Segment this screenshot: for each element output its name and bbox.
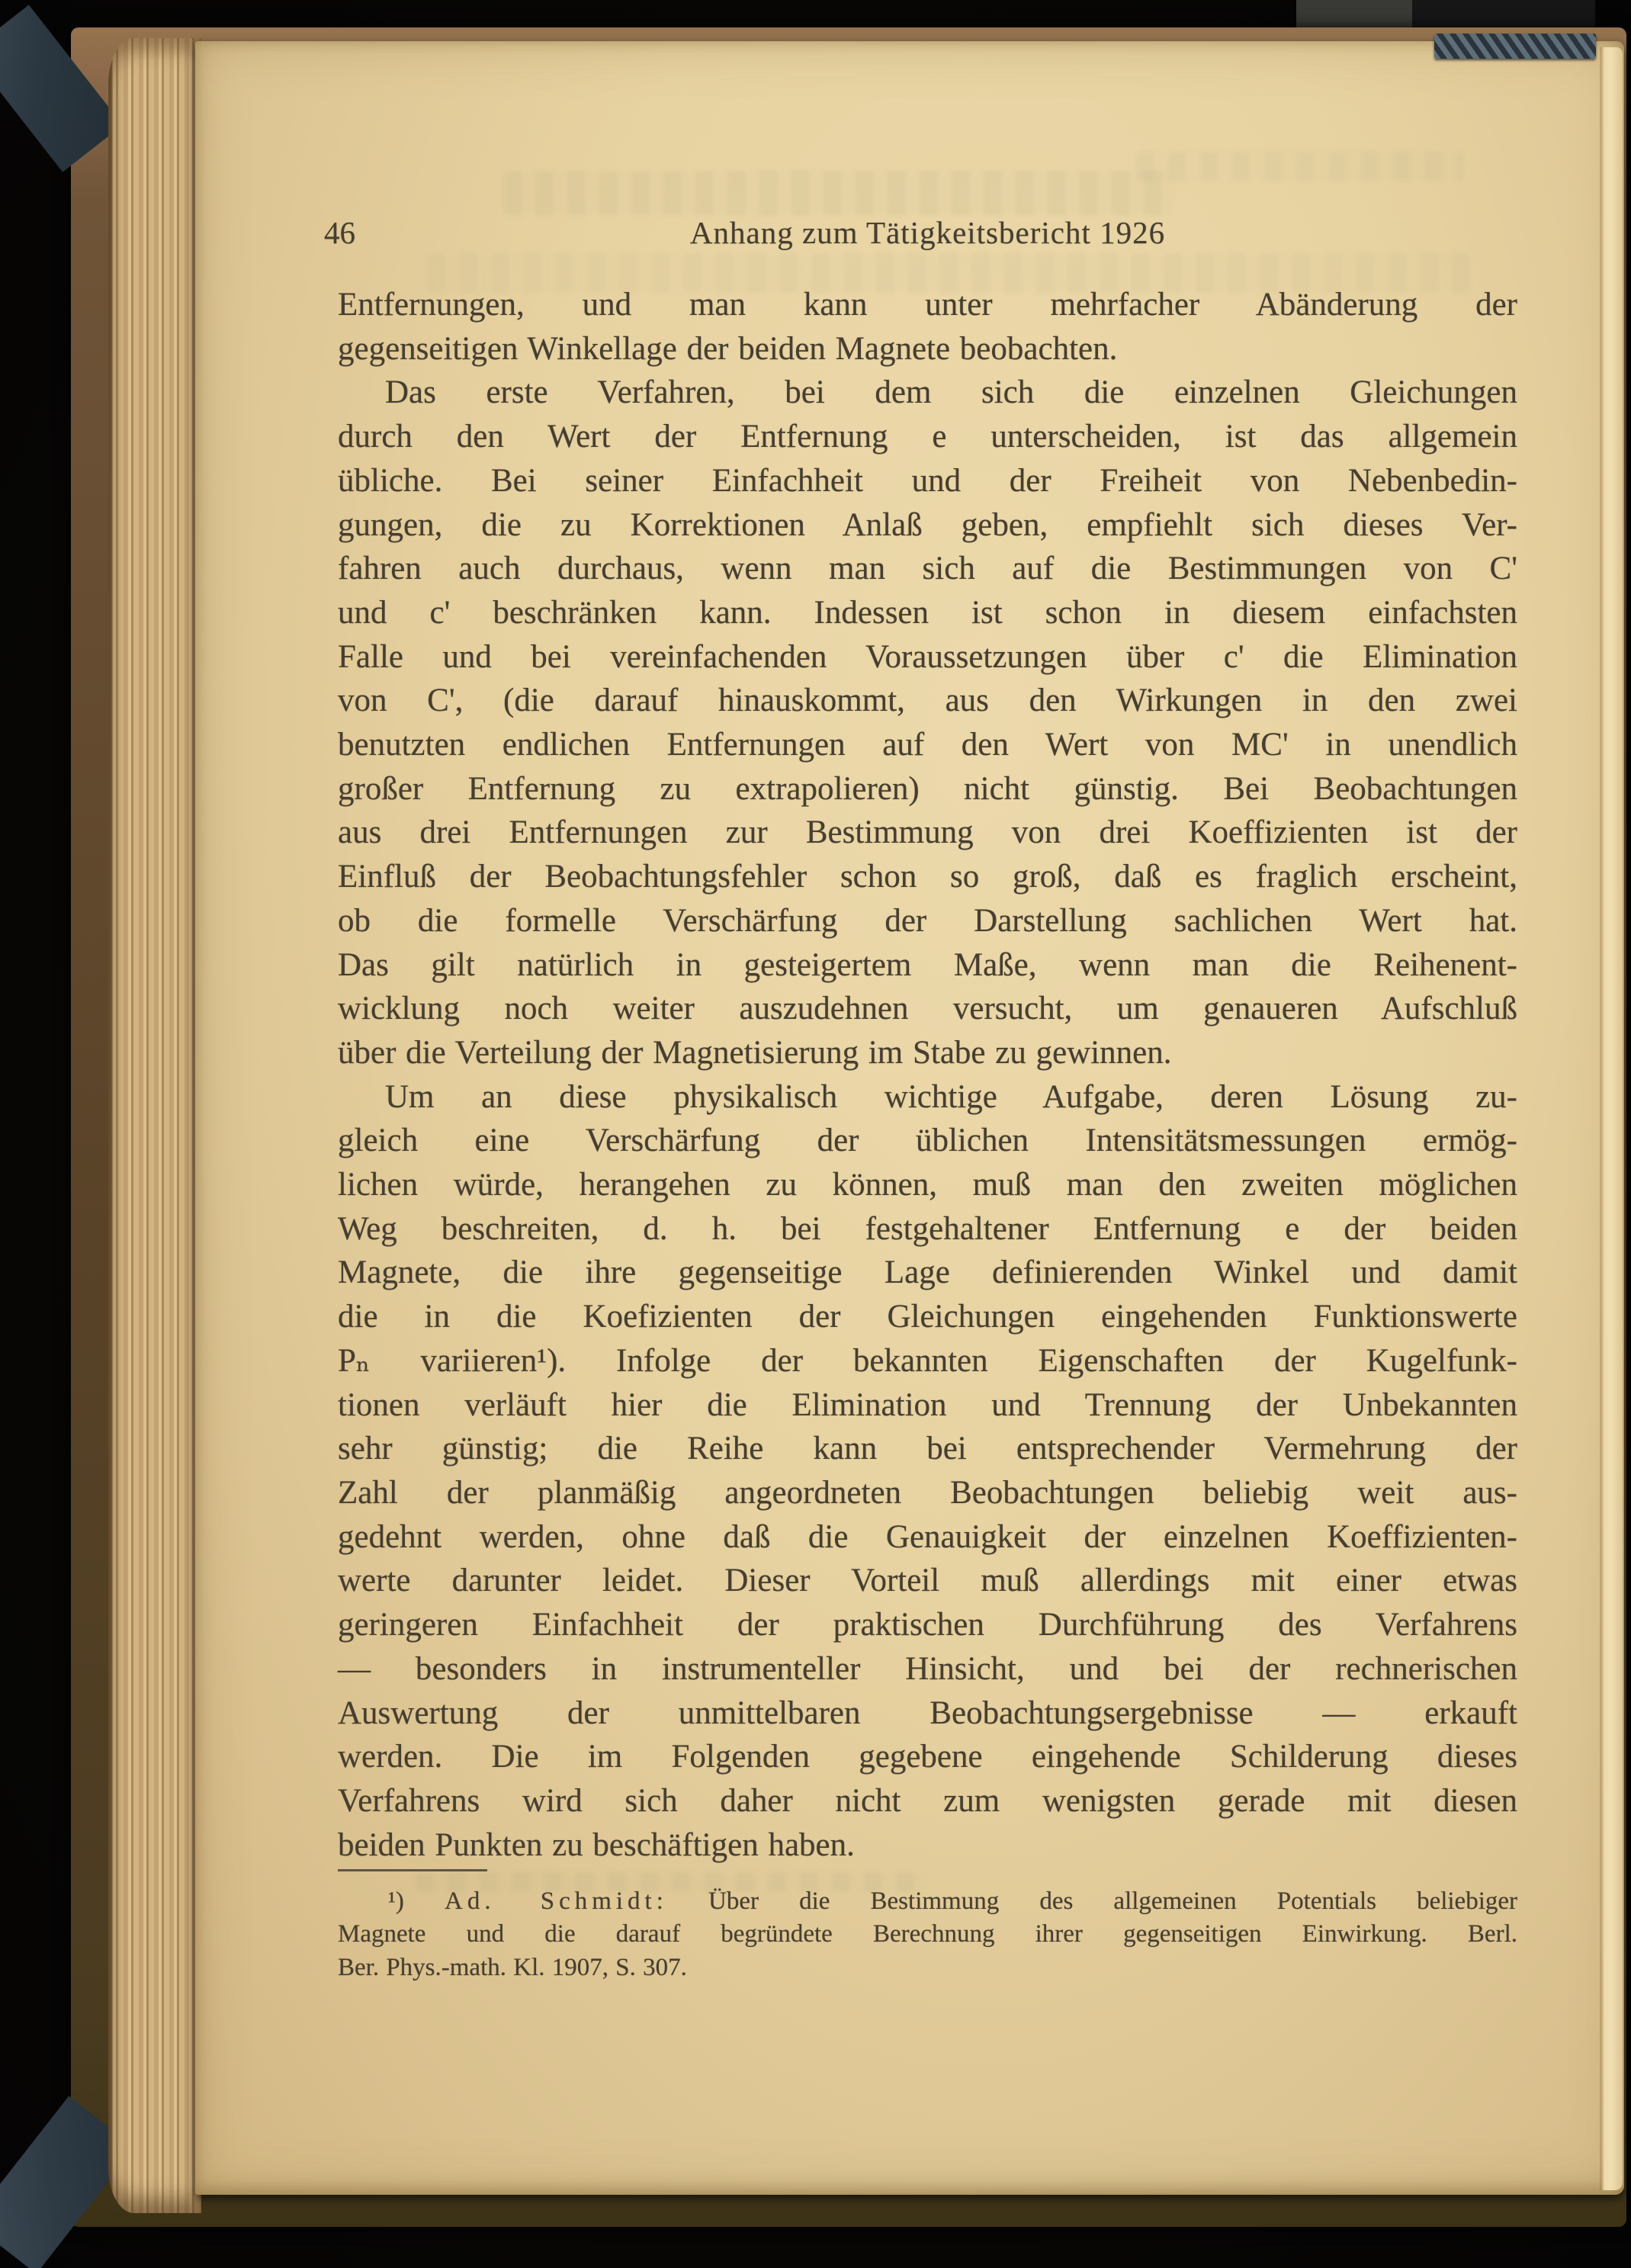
text-line: tionen verläuft hier die Elimination und… bbox=[338, 1383, 1517, 1428]
text-line: lichen würde, herangehen zu können, muß … bbox=[338, 1163, 1517, 1207]
text-line: durch den Wert der Entfernung e untersch… bbox=[338, 415, 1517, 459]
footnote-separator bbox=[338, 1869, 487, 1871]
show-through-smudge bbox=[503, 171, 1174, 215]
running-title: Anhang zum Tätigkeitsbericht 1926 bbox=[338, 214, 1517, 251]
text-line: gungen, die zu Korrektionen Anlaß geben,… bbox=[338, 503, 1517, 548]
footnote: ¹) Ad. Schmidt: Über die Bestimmung des … bbox=[338, 1885, 1517, 1984]
text-line: von C', (die darauf hinauskommt, aus den… bbox=[338, 679, 1517, 723]
text-line: werte darunter leidet. Dieser Vorteil mu… bbox=[338, 1559, 1517, 1603]
text-line: gleich eine Verschärfung der üblichen In… bbox=[338, 1119, 1517, 1163]
book-scan: 46 Anhang zum Tätigkeitsbericht 1926 Ent… bbox=[0, 0, 1631, 2268]
text-line: Das erste Verfahren, bei dem sich die ei… bbox=[338, 371, 1517, 415]
text-line: — besonders in instrumenteller Hinsicht,… bbox=[338, 1647, 1517, 1691]
text-line: Pₙ variieren¹). Infolge der bekannten Ei… bbox=[338, 1339, 1517, 1383]
text-line: aus drei Entfernungen zur Bestimmung von… bbox=[338, 811, 1517, 855]
text-line: Das gilt natürlich in gesteigertem Maße,… bbox=[338, 943, 1517, 988]
text-line: Auswertung der unmittelbaren Beobachtung… bbox=[338, 1691, 1517, 1736]
text-line: gegenseitigen Winkellage der beiden Magn… bbox=[338, 327, 1517, 371]
footnote-line: Magnete und die darauf begründete Berech… bbox=[338, 1918, 1517, 1951]
book-headband bbox=[1434, 34, 1596, 59]
footnote-marker: ¹) bbox=[388, 1887, 404, 1915]
footnote-line: ¹) Ad. Schmidt: Über die Bestimmung des … bbox=[338, 1885, 1517, 1918]
footnote-line: Ber. Phys.-math. Kl. 1907, S. 307. bbox=[338, 1952, 1517, 1984]
text-line: übliche. Bei seiner Einfachheit und der … bbox=[338, 459, 1517, 503]
text-line: die in die Koefizienten der Gleichungen … bbox=[338, 1295, 1517, 1339]
adjacent-book-shadow bbox=[1412, 0, 1595, 31]
text-line: Entfernungen, und man kann unter mehrfac… bbox=[338, 283, 1517, 327]
text-line: Um an diese physikalisch wichtige Aufgab… bbox=[338, 1075, 1517, 1120]
page-fore-edge-crease bbox=[1600, 47, 1623, 2190]
footnote-text: Über die Bestimmung des allgemeinen Pote… bbox=[708, 1887, 1517, 1915]
footnote-author: Ad. Schmidt: bbox=[445, 1887, 668, 1915]
text-line: ob die formelle Verschärfung der Darstel… bbox=[338, 899, 1517, 943]
text-line: geringeren Einfachheit der praktischen D… bbox=[338, 1603, 1517, 1647]
text-line: Einfluß der Beobachtungsfehler schon so … bbox=[338, 855, 1517, 899]
text-line: und c' beschränken kann. Indessen ist sc… bbox=[338, 591, 1517, 635]
text-line: gedehnt werden, ohne daß die Genauigkeit… bbox=[338, 1515, 1517, 1560]
text-line: Weg beschreiten, d. h. bei festgehaltene… bbox=[338, 1207, 1517, 1251]
text-line: wicklung noch weiter auszudehnen versuch… bbox=[338, 987, 1517, 1031]
text-line: Verfahrens wird sich daher nicht zum wen… bbox=[338, 1779, 1517, 1823]
text-line: werden. Die im Folgenden gegebene eingeh… bbox=[338, 1735, 1517, 1779]
text-line: fahren auch durchaus, wenn man sich auf … bbox=[338, 547, 1517, 591]
running-header: 46 Anhang zum Tätigkeitsbericht 1926 bbox=[338, 214, 1517, 254]
text-line: benutzten endlichen Entfernungen auf den… bbox=[338, 723, 1517, 767]
text-line: über die Verteilung der Magnetisierung i… bbox=[338, 1031, 1517, 1075]
text-line: beiden Punkten zu beschäftigen haben. bbox=[338, 1823, 1517, 1868]
show-through-smudge bbox=[1136, 151, 1464, 182]
page-edge-stack bbox=[108, 38, 201, 2213]
text-line: großer Entfernung zu extrapolieren) nich… bbox=[338, 767, 1517, 811]
text-line: Zahl der planmäßig angeordneten Beobacht… bbox=[338, 1471, 1517, 1515]
text-line: Falle und bei vereinfachenden Voraussetz… bbox=[338, 635, 1517, 679]
text-line: Magnete, die ihre gegenseitige Lage defi… bbox=[338, 1251, 1517, 1295]
text-line: sehr günstig; die Reihe kann bei entspre… bbox=[338, 1427, 1517, 1471]
body-text: Entfernungen, und man kann unter mehrfac… bbox=[338, 283, 1517, 1867]
